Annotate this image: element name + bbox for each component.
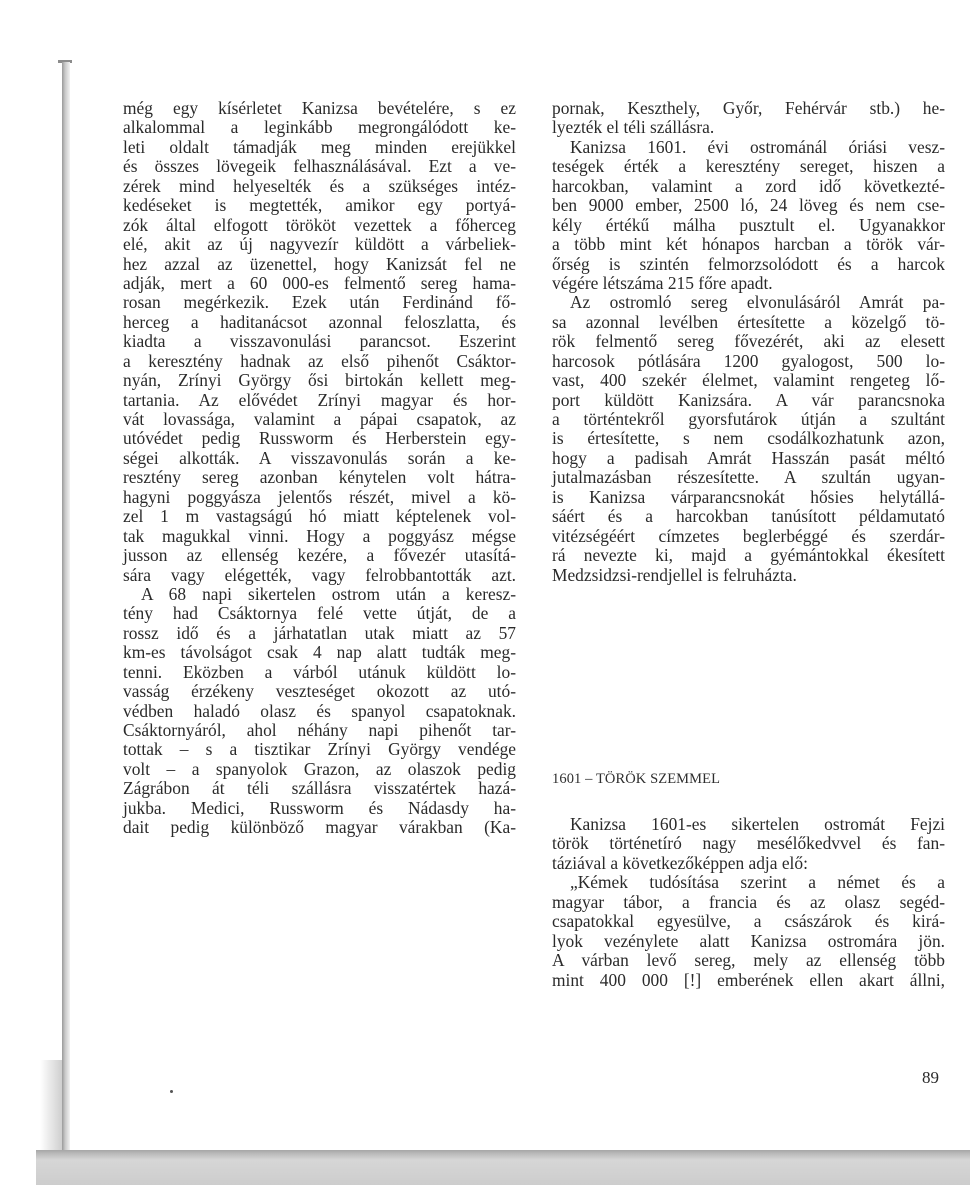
scan-speck [170,1090,173,1093]
paragraph-start-line: A 68 napi sikertelen ostrom után a keres… [123,585,516,604]
right-column-lower: Kanizsa 1601-es sikertelen ostromát Fejz… [552,815,945,990]
text-line: rá nevezte ki, majd a gyémántokkal ékesí… [552,546,945,565]
text-line: lyok vezénylete alatt Kanizsa ostromára … [552,932,945,951]
page-number: 89 [922,1068,939,1088]
paragraph-end-line: végére létszáma 215 főre apadt. [552,274,945,293]
section-heading: 1601 – TÖRÖK SZEMMEL [552,771,720,788]
text-line: vasság érzékeny veszteséget okozott az u… [123,682,516,701]
text-line: port küldött Kanizsára. A vár parancsnok… [552,391,945,410]
text-line: jutalmazásban részesítette. A szultán ug… [552,468,945,487]
page-binding-shadow [40,1060,62,1160]
text-line: kély értékű málha pusztult el. Ugyanakko… [552,216,945,235]
right-column-upper: pornak, Keszthely, Győr, Fehérvár stb.) … [552,99,945,585]
text-line: rossz idő és a járhatatlan utak miatt az… [123,624,516,643]
text-line: harcosok pótlására 1200 gyalogost, 500 l… [552,352,945,371]
text-line: is Kanizsa várparancsnokát hősies helytá… [552,488,945,507]
text-line: A várban levő sereg, mely az ellenség tö… [552,951,945,970]
text-line: adják, mert a 60 000-es felmentő sereg h… [123,274,516,293]
text-line: tenni. Eközben a várból utánuk küldött l… [123,663,516,682]
paragraph-start-line: Az ostromló sereg elvonulásáról Amrát pa… [552,293,945,312]
page-edge [62,62,70,1152]
text-line: török történetíró nagy mesélőkedvvel és … [552,834,945,853]
paragraph-start-line: Kanizsa 1601. évi ostrománál óriási vesz… [552,138,945,157]
text-line: Csáktornyáról, ahol néhány napi pihenőt … [123,721,516,740]
text-line: magyar tábor, a francia és az olasz segé… [552,893,945,912]
text-line: még egy kísérletet Kanizsa bevételére, s… [123,99,516,118]
text-line: elé, akit az új nagyvezír küldött a várb… [123,235,516,254]
text-line: a történtekről gyorsfutárok útján a szul… [552,410,945,429]
text-line: tottak – s a tisztikar Zrínyi György ven… [123,740,516,759]
text-line: tak magukkal vinni. Hogy a poggyász mégs… [123,527,516,546]
text-line: utóvédet pedig Russworm és Herberstein e… [123,429,516,448]
text-line: őrség is szintén felmorzsolódott és a ha… [552,255,945,274]
text-line: tartania. Az elővédet Zrínyi magyar és h… [123,391,516,410]
text-line: csapatokkal egyesülve, a császárok és ki… [552,912,945,931]
text-line: ben 9000 ember, 2500 ló, 24 löveg és nem… [552,196,945,215]
text-line: nyán, Zrínyi György ősi birtokán kellett… [123,371,516,390]
text-line: zel 1 m vastagságú hó miatt képtelenek v… [123,507,516,526]
text-line: harcokban, valamint a zord idő következt… [552,177,945,196]
text-line: volt – a spanyolok Grazon, az olaszok pe… [123,760,516,779]
text-line: a keresztény hadnak az első pihenőt Csák… [123,352,516,371]
text-line: kiadta a visszavonulási parancsot. Eszer… [123,332,516,351]
text-line: Zágrábon át téli szállásra visszatértek … [123,779,516,798]
text-line: km-es távolságot csak 4 nap alatt tudták… [123,643,516,662]
text-line: sa azonnal levélben értesítette a közelg… [552,313,945,332]
paragraph-end-line: lyezték el téli szállásra. [552,118,945,137]
text-line: herceg a haditanácsot azonnal feloszlatt… [123,313,516,332]
text-line: vitézségéért címzetes beglerbéggé és sze… [552,527,945,546]
text-line: is értesítette, s nem csodálkozhatunk az… [552,429,945,448]
text-line: hez azzal az üzenettel, hogy Kanizsát fe… [123,255,516,274]
text-line: ségei alkották. A visszavonulás során a … [123,449,516,468]
text-line: és összes lövegeik felhasználásával. Ezt… [123,157,516,176]
text-line: sára vagy elégették, vagy felrobbantottá… [123,566,516,585]
text-line: hogy a padisah Amrát Hasszán pasát méltó [552,449,945,468]
left-column: még egy kísérletet Kanizsa bevételére, s… [123,99,516,838]
text-line: zók által elfogott törököt vezettek a fő… [123,216,516,235]
quote-start-line: „Kémek tudósítása szerint a német és a [552,873,945,892]
text-line: a több mint két hónapos harcban a török … [552,235,945,254]
text-line: alkalommal a leginkább megrongálódott ke… [123,118,516,137]
scan-bottom-band [36,1150,970,1185]
scan-margin [0,0,62,1185]
text-line: védben haladó olasz és spanyol csapatokn… [123,702,516,721]
text-line: rosan megérkezik. Ezek után Ferdinánd fő… [123,293,516,312]
text-line: rök felmentő sereg fővezérét, aki az ele… [552,332,945,351]
text-line: vast, 400 szekér élelmet, valamint renge… [552,371,945,390]
text-line: hagyni poggyásza jelentős részét, mivel … [123,488,516,507]
text-line: sáért és a harcokban tanúsított példamut… [552,507,945,526]
text-line: jusson az ellenség kezére, a fővezér uta… [123,546,516,565]
text-line: tény had Csáktornya felé vette útját, de… [123,604,516,623]
text-line: vát lovassága, valamint a pápai csapatok… [123,410,516,429]
paragraph-end-line: Medzsidzsi-rendjellel is felruházta. [552,566,945,585]
text-line: teségek érték a keresztény sereget, hisz… [552,157,945,176]
text-line: mint 400 000 [!] emberének ellen akart á… [552,971,945,990]
text-line: resztény sereg azonban kénytelen volt há… [123,468,516,487]
text-line: jukba. Medici, Russworm és Nádasdy ha- [123,799,516,818]
paragraph-start-line: Kanizsa 1601-es sikertelen ostromát Fejz… [552,815,945,834]
paragraph-end-line: táziával a következőképpen adja elő: [552,854,945,873]
text-line: leti oldalt támadják meg minden erejükke… [123,138,516,157]
text-line: pornak, Keszthely, Győr, Fehérvár stb.) … [552,99,945,118]
text-line: dait pedig különböző magyar várakban (Ka… [123,818,516,837]
text-line: zérek mind helyeselték és a szükséges in… [123,177,516,196]
text-line: kedéseket is megtették, amikor egy porty… [123,196,516,215]
